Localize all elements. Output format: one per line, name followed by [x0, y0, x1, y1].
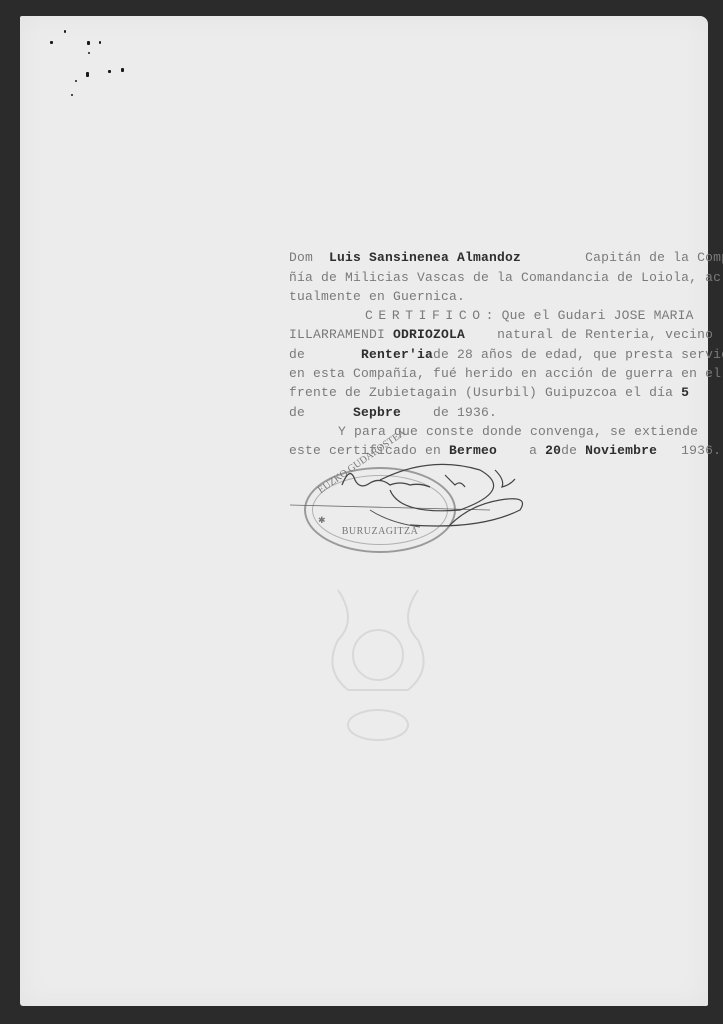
ink-speck — [108, 70, 111, 73]
ink-speck — [75, 80, 77, 82]
injury-day: 5 — [681, 385, 689, 400]
ink-speck — [86, 72, 89, 77]
ink-speck — [64, 30, 66, 33]
ink-speck — [71, 94, 73, 96]
scanned-document: Dom Luis Sansinenea Almandoz Capitán de … — [0, 0, 723, 1024]
handwritten-signature — [280, 455, 540, 535]
ink-speck — [87, 41, 90, 45]
issue-day: 20 — [545, 443, 561, 458]
issue-month: Noviembre — [585, 443, 657, 458]
text-de-3: de — [561, 443, 585, 458]
ink-speck — [88, 52, 90, 54]
ink-speck — [50, 41, 53, 44]
ink-speck — [99, 41, 101, 44]
watermark-emblem — [318, 580, 438, 750]
issue-year: 1936. — [657, 443, 721, 458]
ink-speck — [121, 68, 124, 72]
